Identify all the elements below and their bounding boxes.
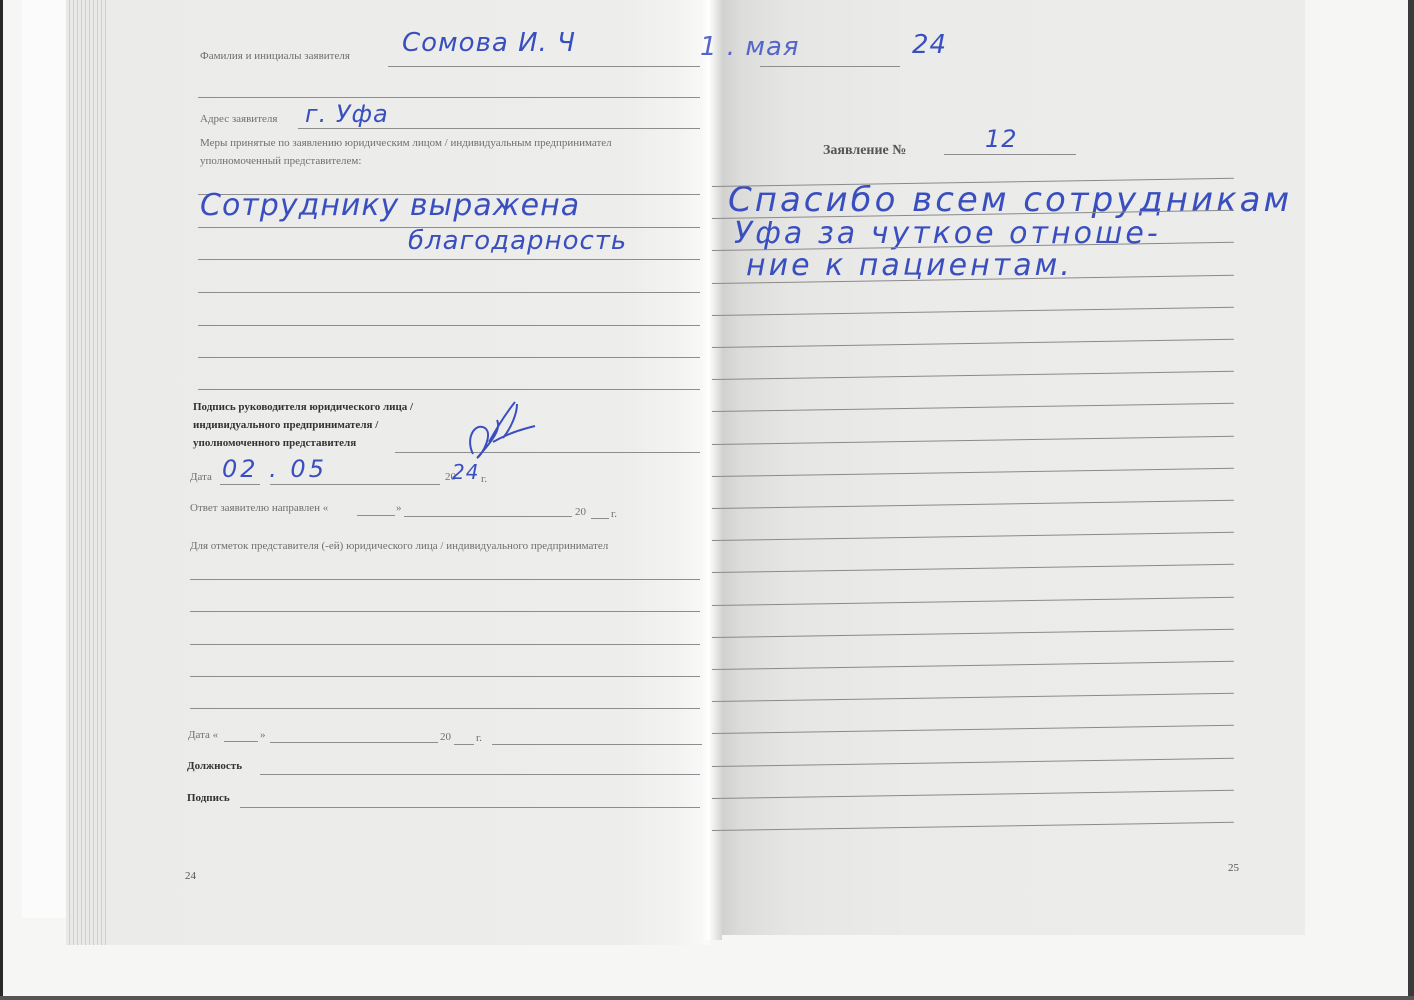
- applicant-address-label: Адрес заявителя: [200, 113, 277, 125]
- date-month-line: [270, 484, 440, 485]
- signature-bottom-line: [240, 807, 700, 808]
- bottom-date-month-line: [270, 742, 438, 743]
- applicant-name-label: Фамилия и инициалы заявителя: [200, 50, 350, 62]
- bottom-date-quote-close: »: [260, 729, 266, 741]
- measures-value-line2[interactable]: благодарность: [408, 226, 627, 256]
- bottom-suffix: г.: [476, 732, 482, 744]
- signature-line: [395, 452, 700, 453]
- reply-year: 20: [575, 506, 586, 518]
- bottom-year-line: [454, 744, 474, 745]
- reply-label: Ответ заявителю направлен «: [190, 502, 328, 514]
- scan-border: [1408, 0, 1414, 1000]
- bottom-date-day-line: [224, 741, 258, 742]
- applicant-address-value[interactable]: г. Уфа: [305, 100, 389, 128]
- book-gutter: [700, 0, 722, 940]
- statement-number[interactable]: 12: [985, 125, 1018, 153]
- signature-mark: [455, 398, 545, 468]
- notes-label: Для отметок представителя (-ей) юридичес…: [190, 540, 608, 552]
- bottom-date-label: Дата «: [188, 729, 218, 741]
- rule-line: [198, 259, 700, 260]
- rule-line: [190, 708, 700, 709]
- applicant-address-line: [298, 128, 700, 129]
- rule-line: [198, 325, 700, 326]
- scan-border: [0, 996, 1414, 1000]
- signature-bottom-label: Подпись: [187, 792, 230, 804]
- rule-line: [190, 611, 700, 612]
- signature-label-line2: индивидуального предпринимателя /: [193, 419, 378, 431]
- reply-day-line: [357, 515, 395, 516]
- scan-border: [0, 0, 3, 1000]
- statement-label: Заявление №: [823, 143, 906, 159]
- rule-line: [198, 357, 700, 358]
- reply-quote-close: »: [396, 502, 402, 514]
- applicant-name-line: [388, 66, 700, 67]
- rule-line: [190, 644, 700, 645]
- year-top-value: 24: [912, 30, 947, 60]
- date-value[interactable]: 02 . 05: [222, 455, 327, 483]
- rule-line: [198, 389, 700, 390]
- page-number-right: 25: [1228, 862, 1239, 874]
- rule-line: [198, 292, 700, 293]
- measures-label-line1: Меры принятые по заявлению юридическим л…: [200, 137, 612, 149]
- date-top-value: 1 . мая: [700, 32, 800, 62]
- applicant-name-value[interactable]: Сомова И. Ч: [402, 28, 576, 58]
- signature-label-line3: уполномоченного представителя: [193, 437, 356, 449]
- reply-year-line: [591, 518, 609, 519]
- rule-line: [760, 66, 900, 67]
- date-day-line: [220, 484, 260, 485]
- reply-suffix: г.: [611, 508, 617, 520]
- rule-line: [492, 744, 702, 745]
- year-suffix: г.: [481, 473, 487, 485]
- reply-month-line: [404, 516, 572, 517]
- year-value[interactable]: 24: [452, 460, 479, 484]
- page-stack-edges: [66, 0, 108, 945]
- page-number-left: 24: [185, 870, 196, 882]
- position-line: [260, 774, 700, 775]
- date-label: Дата: [190, 471, 212, 483]
- measures-value-line1[interactable]: Сотруднику выражена: [200, 188, 580, 223]
- rule-line: [190, 579, 700, 580]
- measures-label-line2: уполномоченный представителем:: [200, 155, 361, 167]
- signature-label-line1: Подпись руководителя юридического лица /: [193, 401, 413, 413]
- bottom-year: 20: [440, 731, 451, 743]
- rule-line: [190, 676, 700, 677]
- position-label: Должность: [187, 760, 242, 772]
- rule-line: [198, 97, 700, 98]
- statement-number-line: [944, 154, 1076, 155]
